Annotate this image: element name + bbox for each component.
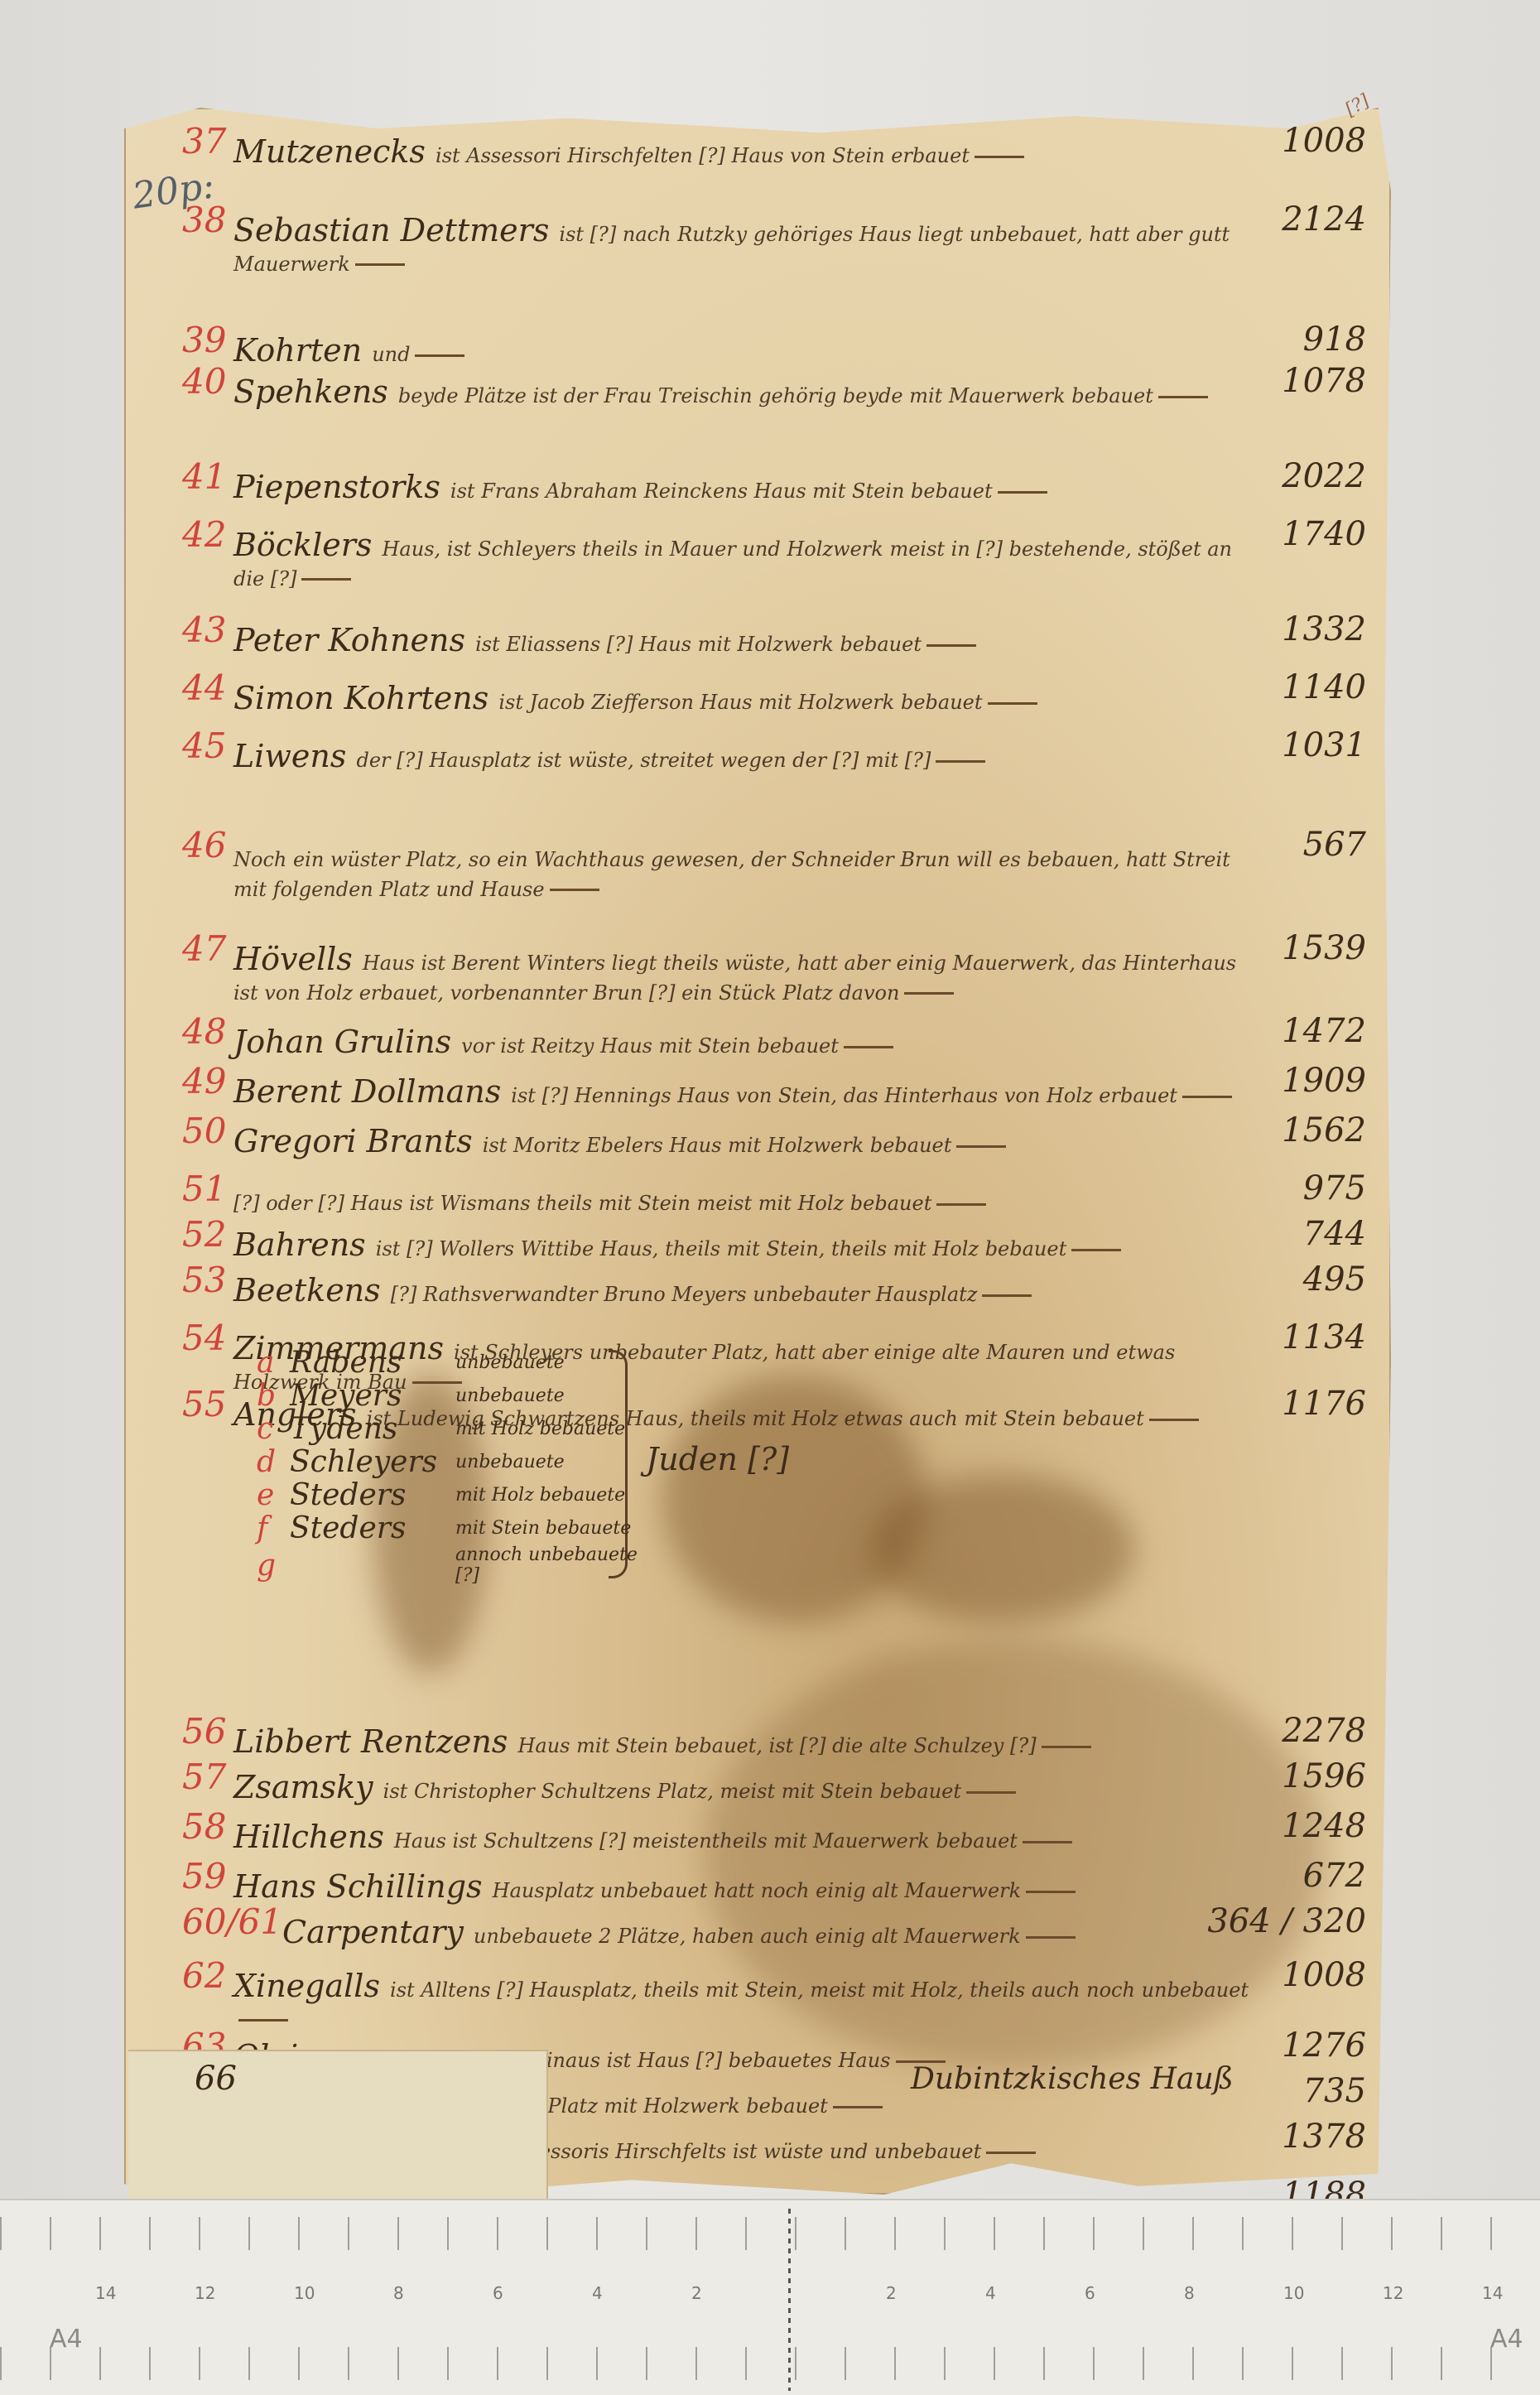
sub-entry-name: Meyers [290,1379,455,1413]
ruler-label: 12 [195,2283,215,2303]
entry-amount: 918 [1267,323,1366,356]
entry-amount: 2278 [1267,1714,1366,1747]
entry-description: beyde Plätze ist der Frau Treischin gehö… [398,384,1153,407]
footer-note: Dubintzkisches Hauß [911,2062,1234,2096]
entry-amount: 1332 [1267,613,1366,646]
entry-amount: 1596 [1267,1760,1366,1793]
measurement-ruler: A4 A4 14121086422468101214 [0,2199,1540,2395]
ruler-tick [1192,2347,1194,2380]
register-entry: 49Berent Dollmans ist [?] Hennings Haus … [182,1064,1366,1112]
ruler-label: 8 [393,2283,404,2303]
sub-entry-name: Rabens [290,1346,455,1380]
register-entry: 62Xinegalls ist Alltens [?] Hausplatz, t… [182,1959,1366,2033]
register-entry: 59Hans Schillings Hausplatz unbebauet ha… [182,1859,1366,1907]
entry-description: ist Frans Abraham Reinckens Haus mit Ste… [450,479,993,503]
ruler-tick [0,2347,2,2380]
entry-name: Spehkens [233,373,398,410]
entry-number: 49 [182,1064,233,1099]
entry-amount: 1378 [1267,2120,1366,2153]
ruler-tick [894,2217,896,2250]
entry-number: 47 [182,932,233,966]
ruler-tick [248,2347,250,2380]
ruler-tick [646,2217,647,2250]
ruler-tick [1441,2217,1442,2250]
sub-entry-letter: f [257,1511,290,1545]
entry-name: Böcklers [233,527,383,563]
sub-entry-description: unbebauete [455,1452,646,1472]
entry-description: Haus mit Stein bebauet, ist [?] die alte… [517,1734,1036,1757]
register-entry: 39Kohrten und918 [182,323,1366,371]
stain [869,1474,1134,1623]
ruler-tick [1341,2347,1343,2380]
entry-number: 41 [182,460,233,494]
sub-entry-description: mit Holz bebauete [455,1419,646,1439]
sub-entry: cTydensmit Holz bebauete [257,1412,646,1446]
entry-description: und [372,343,410,366]
sub-entry-letter: d [257,1445,290,1479]
entry-description: ist [?] Wollers Wittibe Haus, theils mit… [376,1237,1066,1260]
entry-name: Hövells [233,941,363,977]
entry-description: ist Assessori Hirschfelten [?] Haus von … [436,144,970,167]
entry-body: Carpentary unbebauete 2 Plätze, haben au… [282,1905,1207,1953]
entry-amount: 672 [1267,1859,1366,1892]
ruler-tick [695,2347,697,2380]
entry-name: Simon Kohrtens [233,680,498,716]
leader-line [1026,1936,1076,1939]
entry-body: Hövells Haus ist Berent Winters liegt th… [233,932,1267,1006]
ruler-tick [149,2217,151,2250]
ruler-label: 10 [294,2283,315,2303]
entry-name: Kohrten [233,332,372,369]
leader-line [998,491,1047,494]
leader-line [1182,1096,1232,1098]
ruler-tick [944,2217,946,2250]
register-entry: 47Hövells Haus ist Berent Winters liegt … [182,932,1366,1006]
entry-number: 51 [182,1172,233,1207]
ruler-tick [994,2347,995,2380]
entry-description: Haus, ist Schleyers theils in Mauer und … [233,537,1232,590]
entry-description: ist Moritz Ebelers Haus mit Holzwerk beb… [483,1134,952,1157]
entry-amount: 1078 [1267,364,1366,398]
entry-body: Berent Dollmans ist [?] Hennings Haus vo… [233,1064,1267,1112]
entry-name: Hans Schillings [233,1868,493,1905]
entry-number: 54 [182,1321,233,1356]
leader-line [1149,1419,1199,1421]
entry-body: Böcklers Haus, ist Schleyers theils in M… [233,518,1267,592]
ruler-label: 2 [886,2283,897,2303]
entry-number: 46 [182,828,233,863]
entry-amount: 1740 [1267,518,1366,551]
entry-body: [?] oder [?] Haus ist Wismans theils mit… [233,1172,1267,1220]
entry-amount: 1539 [1267,932,1366,965]
entry-number: 43 [182,613,233,648]
ruler-format-label-right: A4 [1490,2325,1523,2354]
entry-amount: 1140 [1267,671,1366,704]
entry-description: ist Eliassens [?] Haus mit Holzwerk beba… [475,633,922,656]
sub-entry-letter: a [257,1346,290,1380]
ruler-tick [497,2347,498,2380]
entry-name: Johan Grulins [233,1024,461,1060]
register-entry: 37Mutzenecks ist Assessori Hirschfelten … [182,124,1366,172]
ruler-label: 12 [1383,2283,1403,2303]
ruler-format-label-left: A4 [50,2325,83,2354]
ruler-tick [795,2347,796,2380]
sub-entry-name: Tydens [290,1412,455,1446]
ruler-label: 4 [592,2283,603,2303]
ruler-tick [1093,2217,1095,2250]
ruler-tick [1143,2347,1144,2380]
register-entry: 51[?] oder [?] Haus ist Wismans theils m… [182,1172,1366,1220]
entry-name: Xinegalls [233,1968,390,2004]
entry-number: 40 [182,364,233,399]
ruler-tick [894,2347,896,2380]
ruler-tick [695,2217,697,2250]
ruler-tick [1093,2347,1095,2380]
sub-entry-letter: c [257,1412,290,1446]
entry-name: Zsamsky [233,1769,383,1805]
entry-amount: 1562 [1267,1114,1366,1147]
ruler-label: 14 [95,2283,116,2303]
entry-amount: 1176 [1267,1387,1366,1420]
entry-body: Hans Schillings Hausplatz unbebauet hatt… [233,1859,1267,1907]
ruler-tick [745,2217,747,2250]
entry-name: Sebastian Dettmers [233,212,559,248]
ruler-tick [248,2217,250,2250]
ruler-tick [50,2217,51,2250]
entry-description: ist [?] Hennings Haus von Stein, das Hin… [511,1084,1177,1107]
ruler-tick [1043,2217,1045,2250]
entry-number: 56 [182,1714,233,1749]
entry-number: 45 [182,729,233,764]
ruler-tick [646,2347,647,2380]
register-entry: 41Piepenstorks ist Frans Abraham Reincke… [182,460,1366,508]
ruler-tick [199,2347,200,2380]
entry-number: 59 [182,1859,233,1894]
ruler-tick [944,2347,946,2380]
entry-body: Beetkens [?] Rathsverwandter Bruno Meyer… [233,1263,1267,1311]
entry-amount: 744 [1267,1217,1366,1251]
ruler-tick [199,2217,200,2250]
entry-amount: 1472 [1267,1014,1366,1048]
register-entry: 56Libbert Rentzens Haus mit Stein bebaue… [182,1714,1366,1762]
ruler-tick [596,2347,598,2380]
sub-entry: gannoch unbebauete [?] [257,1544,646,1586]
sub-group-label: Juden [?] [646,1441,789,1477]
entry-name: Hillchens [233,1819,394,1855]
ruler-tick [397,2347,399,2380]
entry-body: Xinegalls ist Alltens [?] Hausplatz, the… [233,1959,1267,2033]
entry-number: 50 [182,1114,233,1149]
ruler-label: 8 [1184,2283,1195,2303]
entry-number: 55 [182,1387,233,1422]
entry-number: 48 [182,1014,233,1049]
leader-line [926,644,976,647]
register-entry: 60/61Carpentary unbebauete 2 Plätze, hab… [182,1905,1366,1953]
entry-number: 52 [182,1217,233,1252]
register-entry: 50Gregori Brants ist Moritz Ebelers Haus… [182,1114,1366,1162]
sub-entry: bMeyersunbebauete [257,1379,646,1413]
leader-line [833,2106,883,2108]
entry-amount: 975 [1267,1172,1366,1205]
ruler-tick [546,2347,548,2380]
ruler-tick [397,2217,399,2250]
ruler-tick [795,2217,796,2250]
leader-line [986,2152,1036,2154]
ruler-center-line [788,2209,791,2391]
entry-body: Johan Grulins vor ist Reitzy Haus mit St… [233,1014,1267,1063]
ruler-label: 4 [985,2283,996,2303]
ruler-tick [50,2347,51,2380]
entry-body: Liwens der [?] Hausplatz ist wüste, stre… [233,729,1267,777]
sub-entry: fStedersmit Stein bebauete [257,1511,646,1545]
register-entry: 52Bahrens ist [?] Wollers Wittibe Haus, … [182,1217,1366,1265]
leader-line [238,2019,288,2022]
entry-body: Piepenstorks ist Frans Abraham Reinckens… [233,460,1267,508]
entry-amount: 1276 [1267,2029,1366,2062]
ruler-tick [1391,2347,1393,2380]
entry-body: Kohrten und [233,323,1267,371]
sub-entry-name: Steders [290,1478,455,1512]
register-entry: 38Sebastian Dettmers ist [?] nach Rutzky… [182,203,1366,277]
sub-entry-letter: g [257,1549,290,1583]
sub-entry-description: annoch unbebauete [?] [455,1544,646,1586]
ruler-tick [845,2217,846,2250]
entry-description: unbebauete 2 Plätze, haben auch einig al… [474,1925,1021,1948]
entry-number: 53 [182,1263,233,1298]
entry-number: 57 [182,1760,233,1795]
ruler-tick [1292,2217,1293,2250]
ruler-tick [1341,2217,1343,2250]
entry-body: Zsamsky ist Christopher Schultzens Platz… [233,1760,1267,1808]
entry-number: 37 [182,124,233,159]
entry-body: Bahrens ist [?] Wollers Wittibe Haus, th… [233,1217,1267,1265]
leader-line [1158,396,1208,398]
entry-name: Peter Kohnens [233,622,475,658]
register-entry: 48Johan Grulins vor ist Reitzy Haus mit … [182,1014,1366,1063]
entry-name: Gregori Brants [233,1123,483,1159]
entry-number: 38 [182,203,233,238]
sub-entry-description: mit Stein bebauete [455,1518,646,1539]
entry-amount: 2022 [1267,460,1366,493]
sub-entry-description: mit Holz bebauete [455,1485,646,1506]
entry-body: Noch ein wüster Platz, so ein Wachthaus … [233,828,1267,903]
leader-line [1023,1841,1072,1843]
sub-entry: aRabensunbebauete [257,1346,646,1380]
register-entry: 58Hillchens Haus ist Schultzens [?] meis… [182,1810,1366,1858]
ruler-tick [745,2347,747,2380]
ruler-tick [447,2347,449,2380]
leader-line [936,1203,986,1206]
ruler-label: 10 [1283,2283,1304,2303]
leader-line [966,1791,1016,1794]
ruler-tick [0,2217,2,2250]
entry-body: Simon Kohrtens ist Jacob Ziefferson Haus… [233,671,1267,719]
ruler-tick [1292,2347,1293,2380]
leader-line [936,760,985,763]
sub-entry: eStedersmit Holz bebauete [257,1478,646,1512]
entry-amount: 1134 [1267,1321,1366,1354]
ruler-tick [99,2347,101,2380]
ruler-tick [99,2217,101,2250]
entry-number: 44 [182,671,233,706]
ruler-tick [1490,2217,1492,2250]
leader-line [301,578,351,581]
entry-body: Hillchens Haus ist Schultzens [?] meiste… [233,1810,1267,1858]
register-entry: 43Peter Kohnens ist Eliassens [?] Haus m… [182,613,1366,661]
entry-description: ist Alltens [?] Hausplatz, theils mit St… [390,1978,1249,2002]
sub-entry-description: unbebauete [455,1385,646,1406]
entry-number: 42 [182,518,233,552]
ruler-tick [298,2347,300,2380]
ruler-tick [1242,2217,1244,2250]
ruler-tick [348,2347,349,2380]
entry-body: Gregori Brants ist Moritz Ebelers Haus m… [233,1114,1267,1162]
leader-line [956,1145,1006,1148]
leader-line [1071,1249,1121,1251]
entry-description: vor ist Reitzy Haus mit Stein bebauet [461,1034,839,1058]
entry-description: [?] Rathsverwandter Bruno Meyers unbebau… [391,1283,978,1306]
ruler-tick [1192,2217,1194,2250]
entry-amount: 1909 [1267,1064,1366,1097]
entry-amount: 1008 [1267,1959,1366,1992]
leader-line [550,889,599,891]
entry-body: Peter Kohnens ist Eliassens [?] Haus mit… [233,613,1267,661]
entry-name: Liwens [233,738,356,774]
sub-entry-letter: b [257,1379,290,1413]
ruler-label: 6 [493,2283,503,2303]
entry-name: Libbert Rentzens [233,1723,517,1760]
ruler-label: 14 [1482,2283,1503,2303]
register-entry: 45Liwens der [?] Hausplatz ist wüste, st… [182,729,1366,777]
patch-number: 66 [195,2060,237,2098]
ruler-tick [298,2217,300,2250]
entry-description: der [?] Hausplatz ist wüste, streitet we… [356,749,931,772]
leader-line [904,992,954,995]
register-entry: 44Simon Kohrtens ist Jacob Ziefferson Ha… [182,671,1366,719]
entry-number: 62 [182,1959,233,1993]
entry-description: ist Christopher Schultzens Platz, meist … [383,1780,961,1803]
ruler-tick [1143,2217,1144,2250]
leader-line [415,354,464,357]
sub-entry: dSchleyersunbebauete [257,1445,646,1479]
register-entry: 57Zsamsky ist Christopher Schultzens Pla… [182,1760,1366,1808]
ruler-tick [348,2217,349,2250]
entry-description: Hausplatz unbebauet hatt noch einig alt … [493,1879,1022,1902]
ruler-tick [447,2217,449,2250]
leader-line [975,156,1024,158]
ruler-tick [546,2217,548,2250]
leader-line [844,1046,893,1048]
ruler-tick [596,2217,598,2250]
entry-body: Sebastian Dettmers ist [?] nach Rutzky g… [233,203,1267,277]
ruler-label: 2 [691,2283,702,2303]
entry-description: Haus ist Schultzens [?] meistentheils mi… [394,1829,1018,1853]
register-entry: 46Noch ein wüster Platz, so ein Wachthau… [182,828,1366,903]
ruler-tick [1441,2347,1442,2380]
entry-name: Bahrens [233,1226,376,1263]
entry-name: Berent Dollmans [233,1073,511,1110]
ruler-tick [1391,2217,1393,2250]
entry-number: 58 [182,1810,233,1844]
entry-body: Mutzenecks ist Assessori Hirschfelten [?… [233,124,1267,172]
entry-body: Libbert Rentzens Haus mit Stein bebauet,… [233,1714,1267,1762]
leader-line [355,263,405,266]
register-entry: 53Beetkens [?] Rathsverwandter Bruno Mey… [182,1263,1366,1311]
entry-amount: 735 [1267,2075,1366,2108]
entry-amount: 1008 [1267,124,1366,157]
leader-line [1042,1746,1091,1748]
entry-number: 60/61 [182,1905,282,1940]
entry-description: Noch ein wüster Platz, so ein Wachthaus … [233,848,1230,901]
sub-entry-description: unbebauete [455,1352,646,1373]
sub-entry-letter: e [257,1478,290,1512]
ruler-label: 6 [1085,2283,1095,2303]
entry-amount: 495 [1267,1263,1366,1296]
entry-number: 39 [182,323,233,358]
entry-amount: 1248 [1267,1810,1366,1843]
ruler-tick [497,2217,498,2250]
leader-line [988,702,1037,705]
entry-body: Spehkens beyde Plätze ist der Frau Treis… [233,364,1267,412]
ruler-tick [1242,2347,1244,2380]
entry-amount: 364 / 320 [1207,1905,1366,1938]
entry-name: Beetkens [233,1272,391,1308]
entry-name: Carpentary [282,1914,474,1950]
sub-entry-name: Schleyers [290,1445,455,1479]
entry-description: [?] oder [?] Haus ist Wismans theils mit… [233,1192,931,1215]
entry-amount: 1031 [1267,729,1366,762]
entry-name: Piepenstorks [233,469,450,505]
entry-description: Haus ist Berent Winters liegt theils wüs… [233,952,1236,1005]
register-entry: 42Böcklers Haus, ist Schleyers theils in… [182,518,1366,592]
ruler-tick [1490,2347,1492,2380]
entry-amount: 2124 [1267,203,1366,236]
entry-name: Mutzenecks [233,133,436,170]
ruler-tick [1043,2347,1045,2380]
register-entry: 40Spehkens beyde Plätze ist der Frau Tre… [182,364,1366,412]
leader-line [982,1294,1032,1297]
ruler-tick [994,2217,995,2250]
ruler-tick [845,2347,846,2380]
sub-entry-name: Steders [290,1511,455,1545]
leader-line [1026,1891,1076,1893]
entry-amount: 567 [1267,828,1366,861]
ruler-tick [149,2347,151,2380]
entry-description: ist Jacob Ziefferson Haus mit Holzwerk b… [498,691,982,714]
